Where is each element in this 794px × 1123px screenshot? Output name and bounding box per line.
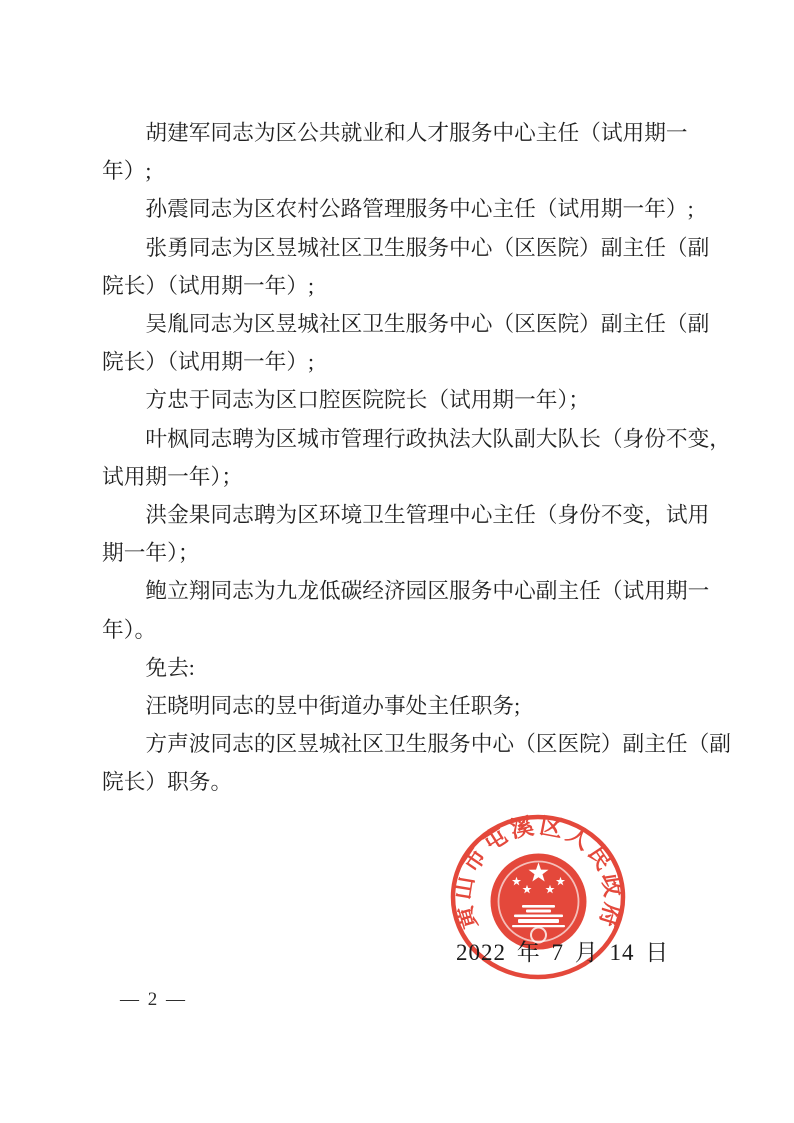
body-paragraph: 张勇同志为区昱城社区卫生服务中心（区医院）副主任（副 院长）（试用期一年）; (102, 229, 746, 305)
page-number: — 2 — (120, 989, 187, 1011)
body-paragraph: 免去: (102, 649, 746, 687)
body-paragraph: 洪金果同志聘为区环境卫生管理中心主任（身份不变，试用 期一年）； (102, 496, 746, 572)
document-date: 2022 年 7 月 14 日 (456, 934, 669, 967)
body-paragraph: 叶枫同志聘为区城市管理行政执法大队副大队长（身份不变， 试用期一年）； (102, 420, 746, 496)
document-body: 胡建军同志为区公共就业和人才服务中心主任（试用期一 年）; 孙震同志为区农村公路… (102, 114, 746, 802)
body-paragraph: 鲍立翔同志为九龙低碳经济园区服务中心副主任（试用期一 年）。 (102, 572, 746, 648)
body-paragraph: 孙震同志为区农村公路管理服务中心主任（试用期一年）; (102, 190, 746, 228)
body-paragraph: 吴胤同志为区昱城社区卫生服务中心（区医院）副主任（副 院长）（试用期一年）; (102, 305, 746, 381)
body-paragraph: 胡建军同志为区公共就业和人才服务中心主任（试用期一 年）; (102, 114, 746, 190)
document-page: 胡建军同志为区公共就业和人才服务中心主任（试用期一 年）; 孙震同志为区农村公路… (0, 0, 794, 1123)
body-paragraph: 方声波同志的区昱城社区卫生服务中心（区医院）副主任（副 院长）职务。 (102, 725, 746, 801)
body-paragraph: 方忠于同志为区口腔医院院长（试用期一年）； (102, 381, 746, 419)
body-paragraph: 汪晓明同志的昱中街道办事处主任职务; (102, 687, 746, 725)
